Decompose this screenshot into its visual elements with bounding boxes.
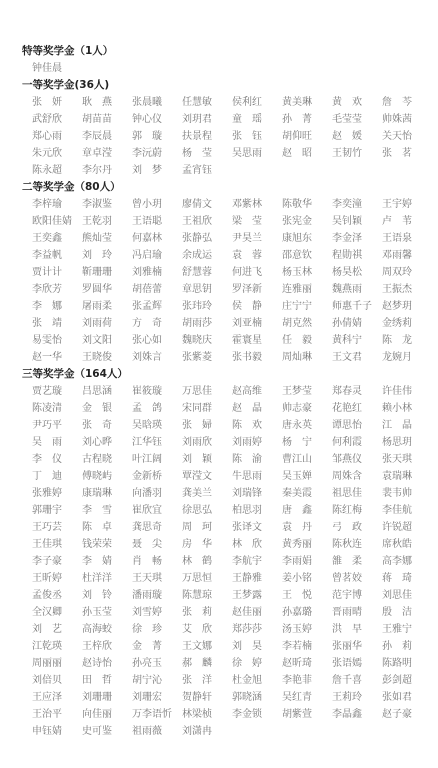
name-row: 刘倍贝田 哲胡宁沁张 洋杜金旭李艳菲詹千喜彭剑超 (0, 672, 438, 689)
name-entry: 张雅婷 (32, 485, 82, 502)
name-entry: 袁瑞琳 (382, 468, 432, 485)
name-entry: 王巧芸 (32, 519, 82, 536)
scholarship-list-document: 特等奖学金（1人）钟佳晨一等奖学金(36人)张 妍耿 燕张晨曦任慧敏侯利红黄美琳… (0, 43, 438, 740)
name-entry: 陈凌清 (32, 400, 82, 417)
name-entry: 杨玉林 (282, 264, 332, 281)
name-entry: 邓雨馨 (382, 247, 432, 264)
section-title: 一等奖学金(36人) (0, 77, 438, 94)
name-entry: 张 钰 (232, 128, 282, 145)
name-entry: 唐永英 (282, 417, 332, 434)
name-entry: 全汉卿 (32, 604, 82, 621)
name-entry: 郑莎莎 (232, 621, 282, 638)
name-entry: 廖倩文 (182, 196, 232, 213)
name-entry: 杨 莹 (182, 145, 232, 162)
name-entry: 吴玉婵 (282, 468, 332, 485)
name-entry: 王振杰 (382, 281, 432, 298)
name-entry: 王宇婷 (382, 196, 432, 213)
name-entry: 周姝含 (332, 468, 382, 485)
name-entry: 屠雨柔 (82, 298, 132, 315)
name-entry: 陈永超 (32, 162, 82, 179)
name-entry: 吴钊颖 (332, 213, 382, 230)
name-entry: 房 华 (182, 536, 232, 553)
name-entry: 章思钥 (182, 281, 232, 298)
name-entry: 刘姝言 (132, 349, 182, 366)
name-entry: 李子豪 (32, 553, 82, 570)
name-entry: 袁 蓉 (232, 247, 282, 264)
name-entry: 邹燕仪 (332, 451, 382, 468)
name-row: 贾艺璇吕思涵崔筱璇万思佳赵高维王梦莹郑春灵许佳伟 (0, 383, 438, 400)
name-entry: 李尔丹 (82, 162, 132, 179)
name-entry: 张译文 (232, 519, 282, 536)
name-entry: 秦美霞 (282, 485, 332, 502)
name-entry: 金新桥 (132, 468, 182, 485)
name-entry: 孟 鸽 (132, 400, 182, 417)
name-entry: 余成运 (182, 247, 232, 264)
name-entry: 杨思玥 (382, 434, 432, 451)
name-entry: 高李娜 (382, 553, 432, 570)
name-entry: 舒慧蓉 (182, 264, 232, 281)
name-entry: 王应泽 (32, 689, 82, 706)
name-entry: 陈 欢 (232, 417, 282, 434)
name-entry: 曾茗姣 (332, 570, 382, 587)
name-entry: 晋雨晴 (332, 604, 382, 621)
name-entry: 张 洋 (182, 672, 232, 689)
name-entry: 孙亮玉 (132, 655, 182, 672)
name-entry: 何利霞 (332, 434, 382, 451)
name-entry: 赵梦玥 (382, 298, 432, 315)
name-row: 李 娜屠雨柔张孟辉张玮玲侯 静庄宁宁师惠千子赵梦玥 (0, 298, 438, 315)
name-entry: 王语泉 (382, 230, 432, 247)
name-entry: 黄 欢 (332, 94, 382, 111)
name-entry: 向潘羽 (132, 485, 182, 502)
name-entry: 胡苗苗 (82, 111, 132, 128)
name-row: 江乾瑛王梓欣金 菁王文娜刘 昊李若楠张丽华孙 莉 (0, 638, 438, 655)
name-entry: 柏思羽 (232, 502, 282, 519)
name-entry: 姜小铭 (282, 570, 332, 587)
name-entry: 张玮玲 (182, 298, 232, 315)
name-row: 尹巧平张 奇吴晗瑛张 婦陈 欢唐永英谭思怡江 晶 (0, 417, 438, 434)
name-entry: 王文君 (332, 349, 382, 366)
name-entry: 肖 畅 (132, 553, 182, 570)
name-entry: 赵一华 (32, 349, 82, 366)
name-entry: 章卓滢 (82, 145, 132, 162)
name-entry: 刘珊宏 (132, 689, 182, 706)
name-entry: 许佳伟 (382, 383, 432, 400)
name-entry: 田 哲 (82, 672, 132, 689)
name-entry: 张语嫣 (332, 655, 382, 672)
name-row: 申钰婧史可鉴祖雨薇刘潇冉 (0, 723, 438, 740)
name-entry: 钱荣荣 (82, 536, 132, 553)
name-row: 朱元欣章卓滢李沅蔚杨 莹吴思雨赵 昭王韧竹张 茗 (0, 145, 438, 162)
name-entry: 任慧敏 (182, 94, 232, 111)
name-entry: 胡克然 (282, 315, 332, 332)
section-title: 特等奖学金（1人） (0, 43, 438, 60)
name-entry: 胡宁沁 (132, 672, 182, 689)
name-entry: 吴晗瑛 (132, 417, 182, 434)
name-entry: 张 婦 (182, 417, 232, 434)
name-entry: 张心如 (132, 332, 182, 349)
name-entry: 彭剑超 (382, 672, 432, 689)
name-entry: 徐 婷 (232, 655, 282, 672)
name-entry: 胡紫萱 (282, 706, 332, 723)
name-entry: 陈秋连 (332, 536, 382, 553)
name-entry: 扶景程 (182, 128, 232, 145)
name-entry: 张 靖 (32, 315, 82, 332)
name-entry: 牛思雨 (232, 468, 282, 485)
name-entry: 刘瑞锋 (232, 485, 282, 502)
name-entry: 张晨曦 (132, 94, 182, 111)
name-entry: 李 仪 (32, 451, 82, 468)
name-entry: 何进飞 (232, 264, 282, 281)
name-entry: 王晓俊 (82, 349, 132, 366)
name-entry: 王 悦 (282, 587, 332, 604)
name-entry: 童 瑶 (232, 111, 282, 128)
name-entry: 万思佳 (182, 383, 232, 400)
name-entry: 聂 尖 (132, 536, 182, 553)
name-entry: 李雨娟 (282, 553, 332, 570)
name-entry: 覃滢文 (182, 468, 232, 485)
name-entry: 李若楠 (282, 638, 332, 655)
name-entry: 洪 早 (332, 621, 382, 638)
name-entry: 黄秀丽 (282, 536, 332, 553)
name-entry: 刘亚楠 (232, 315, 282, 332)
name-entry: 陈 龙 (382, 332, 432, 349)
name-row: 王应泽刘珊珊刘珊宏贺静轩郭晓涵吴红青王莉玲张如君 (0, 689, 438, 706)
name-entry: 陈 卓 (82, 519, 132, 536)
name-entry: 李艳菲 (282, 672, 332, 689)
name-entry: 周 珂 (182, 519, 232, 536)
name-entry: 王语聪 (132, 213, 182, 230)
name-row: 郭珊宇李 雪崔欣宜徐思弘柏思羽唐 鑫陈红梅李佳航 (0, 502, 438, 519)
name-entry: 雒 柔 (332, 553, 382, 570)
name-entry: 程勋祺 (332, 247, 382, 264)
name-entry: 孙嘉璐 (282, 604, 332, 621)
name-entry: 黄美琳 (282, 94, 332, 111)
name-entry: 詹 芩 (382, 94, 432, 111)
name-entry: 李 婧 (82, 553, 132, 570)
name-entry: 任 毅 (282, 332, 332, 349)
section-title: 三等奖学金（164人） (0, 366, 438, 383)
name-entry: 郑春灵 (332, 383, 382, 400)
name-entry: 侯利红 (232, 94, 282, 111)
section-title: 二等奖学金（80人） (0, 179, 438, 196)
name-entry: 刘珊珊 (82, 689, 132, 706)
name-entry: 张 茗 (382, 145, 432, 162)
name-entry: 师惠千子 (332, 298, 382, 315)
name-entry: 张紫菱 (182, 349, 232, 366)
name-entry: 江乾瑛 (32, 638, 82, 655)
name-entry: 刘 梦 (132, 162, 182, 179)
name-entry: 李奕潼 (332, 196, 382, 213)
name-row: 武舒欣胡苗苗钟心仪刘玥君童 瑶孙 菁毛莹莹帅姝茜 (0, 111, 438, 128)
name-entry: 郝 麟 (182, 655, 232, 672)
name-entry: 孙 莉 (382, 638, 432, 655)
name-entry: 杨昊松 (332, 264, 382, 281)
name-entry: 刘潇冉 (182, 723, 232, 740)
name-entry: 张天琪 (382, 451, 432, 468)
name-entry: 赵高维 (232, 383, 282, 400)
name-row: 张 妍耿 燕张晨曦任慧敏侯利红黄美琳黄 欢詹 芩 (0, 94, 438, 111)
name-entry: 刘倍贝 (32, 672, 82, 689)
name-entry: 耿 燕 (82, 94, 132, 111)
name-entry: 陈 渝 (232, 451, 282, 468)
name-entry: 曹江山 (282, 451, 332, 468)
name-entry: 侯 静 (232, 298, 282, 315)
name-entry: 艾 欣 (182, 621, 232, 638)
name-row: 张 靖刘雨荷方 奇胡雨莎刘亚楠胡克然孙倩婧金绣莉 (0, 315, 438, 332)
name-entry: 庄宁宁 (282, 298, 332, 315)
name-entry: 刘雨欣 (182, 434, 232, 451)
name-entry: 汤玉婷 (282, 621, 332, 638)
name-entry: 许锐超 (382, 519, 432, 536)
name-entry: 刘 昊 (232, 638, 282, 655)
name-entry: 范宇博 (332, 587, 382, 604)
name-entry: 王天琪 (132, 570, 182, 587)
name-entry: 刘 铃 (82, 587, 132, 604)
name-entry: 古程晓 (82, 451, 132, 468)
name-entry: 龚美兰 (182, 485, 232, 502)
name-entry: 王梦露 (232, 587, 282, 604)
name-entry: 赵佳丽 (232, 604, 282, 621)
name-entry: 李益帆 (32, 247, 82, 264)
name-entry: 邵意钦 (282, 247, 332, 264)
name-entry: 欧阳佳婧 (32, 213, 82, 230)
name-entry: 刘雨荷 (82, 315, 132, 332)
name-entry: 吴红青 (282, 689, 332, 706)
name-entry: 何嘉林 (132, 230, 182, 247)
name-entry: 贾计计 (32, 264, 82, 281)
name-row: 欧阳佳婧王乾羽王语聪王祖欣梁 莹张宪金吴钊颖卢 苇 (0, 213, 438, 230)
name-row: 刘 艺高海蛟徐 珍艾 欣郑莎莎汤玉婷洪 早王雅宁 (0, 621, 438, 638)
name-entry: 王梓欣 (82, 638, 132, 655)
name-entry: 祖雨薇 (132, 723, 182, 740)
name-entry: 李航宇 (232, 553, 282, 570)
name-entry: 宋同群 (182, 400, 232, 417)
name-entry: 万李语忻 (132, 706, 182, 723)
name-row: 王治平向佳丽万李语忻林梁桢李金锁胡紫萱李晶鑫赵子豪 (0, 706, 438, 723)
name-entry: 万思恒 (182, 570, 232, 587)
name-entry: 尹巧平 (32, 417, 82, 434)
name-entry: 罗圆华 (82, 281, 132, 298)
name-row: 李 仪古程晓叶江阔刘 颖陈 渝曹江山邹燕仪张天琪 (0, 451, 438, 468)
name-entry: 冯启瑜 (132, 247, 182, 264)
name-entry: 金 银 (82, 400, 132, 417)
name-entry: 席秋皓 (382, 536, 432, 553)
name-entry: 傅晓屿 (82, 468, 132, 485)
name-entry: 靳珊珊 (82, 264, 132, 281)
name-entry: 赵 媛 (332, 128, 382, 145)
name-row: 郑心雨李辰晨郭 璇扶景程张 钰胡仰旺赵 媛关天怡 (0, 128, 438, 145)
name-entry: 李辰晨 (82, 128, 132, 145)
name-entry: 李淑鉴 (82, 196, 132, 213)
name-entry: 祖思佳 (332, 485, 382, 502)
name-entry: 王佳琪 (32, 536, 82, 553)
name-entry: 孙玉莹 (82, 604, 132, 621)
name-entry: 郭 璇 (132, 128, 182, 145)
name-row: 全汉卿孙玉莹刘雪婷张 莉赵佳丽孙嘉璐晋雨晴殷 洁 (0, 604, 438, 621)
name-entry: 王梦莹 (282, 383, 332, 400)
name-entry: 丁 迪 (32, 468, 82, 485)
name-entry: 张 莉 (182, 604, 232, 621)
name-row: 吴 雨刘心晔江华钰刘雨欣刘雨婷杨 宁何利霞杨思玥 (0, 434, 438, 451)
name-entry: 朱元欣 (32, 145, 82, 162)
name-row: 王巧芸陈 卓龚思奇周 珂张译文袁 丹弓 政许锐超 (0, 519, 438, 536)
name-entry: 魏燕雨 (332, 281, 382, 298)
name-entry: 刘文阳 (82, 332, 132, 349)
name-entry: 王祖欣 (182, 213, 232, 230)
name-entry: 王雅宁 (382, 621, 432, 638)
name-entry: 李金泽 (332, 230, 382, 247)
name-entry: 郑心雨 (32, 128, 82, 145)
name-entry: 罗泽新 (232, 281, 282, 298)
name-entry: 花艳红 (332, 400, 382, 417)
name-entry: 徐 珍 (132, 621, 182, 638)
name-entry: 张丽华 (332, 638, 382, 655)
name-entry: 詹千喜 (332, 672, 382, 689)
name-entry: 唐 鑫 (282, 502, 332, 519)
name-entry: 李沅蔚 (132, 145, 182, 162)
name-entry: 杜洋洋 (82, 570, 132, 587)
name-row: 陈永超李尔丹刘 梦孟宵钰 (0, 162, 438, 179)
name-entry: 赵 晶 (232, 400, 282, 417)
name-entry: 刘 颖 (182, 451, 232, 468)
name-entry: 周丽丽 (32, 655, 82, 672)
name-entry: 刘 玲 (82, 247, 132, 264)
name-entry: 刘雨婷 (232, 434, 282, 451)
name-entry: 康瑞琳 (82, 485, 132, 502)
name-entry: 高海蛟 (82, 621, 132, 638)
name-entry: 王治平 (32, 706, 82, 723)
name-entry: 杜金旭 (232, 672, 282, 689)
name-entry: 金绣莉 (382, 315, 432, 332)
name-entry: 李佳航 (382, 502, 432, 519)
name-row: 贾计计靳珊珊刘雅楠舒慧蓉何进飞杨玉林杨昊松周双玲 (0, 264, 438, 281)
name-entry: 钟心仪 (132, 111, 182, 128)
name-entry: 吴思雨 (232, 145, 282, 162)
name-row: 丁 迪傅晓屿金新桥覃滢文牛思雨吴玉婵周姝含袁瑞琳 (0, 468, 438, 485)
name-row: 李益帆刘 玲冯启瑜余成运袁 蓉邵意钦程勋祺邓雨馨 (0, 247, 438, 264)
name-entry: 林 鹤 (182, 553, 232, 570)
name-entry: 周双玲 (382, 264, 432, 281)
name-entry: 陈路明 (382, 655, 432, 672)
name-entry: 王昕婷 (32, 570, 82, 587)
name-entry: 刘心晔 (82, 434, 132, 451)
name-entry: 陈敬华 (282, 196, 332, 213)
name-entry: 贺静轩 (182, 689, 232, 706)
name-entry: 崔筱璇 (132, 383, 182, 400)
name-entry: 康旭东 (282, 230, 332, 247)
name-entry: 江华钰 (132, 434, 182, 451)
name-entry: 张静弘 (182, 230, 232, 247)
name-entry: 连雅丽 (282, 281, 332, 298)
name-entry: 裴韦帅 (382, 485, 432, 502)
name-entry: 关天怡 (382, 128, 432, 145)
name-entry: 吴 雨 (32, 434, 82, 451)
name-entry: 熊灿莹 (82, 230, 132, 247)
name-entry: 孙倩婧 (332, 315, 382, 332)
name-entry: 易雯怡 (32, 332, 82, 349)
name-entry: 王静雅 (232, 570, 282, 587)
name-entry: 梁 莹 (232, 213, 282, 230)
name-entry: 林 欣 (232, 536, 282, 553)
name-row: 孟俊丞刘 铃潘雨璇陈慧琼王梦露王 悦范宇博刘思佳 (0, 587, 438, 604)
name-entry: 张孟辉 (132, 298, 182, 315)
name-entry: 江 晶 (382, 417, 432, 434)
name-entry: 李 娜 (32, 298, 82, 315)
name-entry: 卢 苇 (382, 213, 432, 230)
name-entry: 魏晓庆 (182, 332, 232, 349)
name-entry: 赵诗怡 (82, 655, 132, 672)
name-entry: 弓 政 (332, 519, 382, 536)
name-entry: 胡蓓蕾 (132, 281, 182, 298)
name-entry: 尹昊兰 (232, 230, 282, 247)
name-entry: 申钰婧 (32, 723, 82, 740)
name-entry: 赵子豪 (382, 706, 432, 723)
name-entry: 袁 丹 (282, 519, 332, 536)
name-row: 李子豪李 婧肖 畅林 鹤李航宇李雨娟雒 柔高李娜 (0, 553, 438, 570)
name-entry: 潘雨璇 (132, 587, 182, 604)
name-entry: 胡雨莎 (182, 315, 232, 332)
name-entry: 李金锁 (232, 706, 282, 723)
name-entry: 邓紫林 (232, 196, 282, 213)
name-entry: 胡仰旺 (282, 128, 332, 145)
name-entry: 郭珊宇 (32, 502, 82, 519)
name-entry: 吕思涵 (82, 383, 132, 400)
name-row: 张雅婷康瑞琳向潘羽龚美兰刘瑞锋秦美霞祖思佳裴韦帅 (0, 485, 438, 502)
name-entry: 刘雅楠 (132, 264, 182, 281)
name-entry: 刘 艺 (32, 621, 82, 638)
name-entry: 张如君 (382, 689, 432, 706)
name-row: 易雯怡刘文阳张心如魏晓庆霍寰星任 毅黄科宁陈 龙 (0, 332, 438, 349)
name-entry: 帅志豪 (282, 400, 332, 417)
name-entry: 王韧竹 (332, 145, 382, 162)
name-entry: 徐思弘 (182, 502, 232, 519)
name-row: 王佳琪钱荣荣聂 尖房 华林 欣黄秀丽陈秋连席秋皓 (0, 536, 438, 553)
name-entry: 王乾羽 (82, 213, 132, 230)
name-row: 赵一华王晓俊刘姝言张紫菱张书毅周灿琳王文君龙婉月 (0, 349, 438, 366)
name-entry: 龚思奇 (132, 519, 182, 536)
name-entry: 周灿琳 (282, 349, 332, 366)
name-entry: 李欣芳 (32, 281, 82, 298)
name-row: 王奕鑫熊灿莹何嘉林张静弘尹昊兰康旭东李金泽王语泉 (0, 230, 438, 247)
name-entry: 李 雪 (82, 502, 132, 519)
name-row: 王昕婷杜洋洋王天琪万思恒王静雅姜小铭曾茗姣蒋 琦 (0, 570, 438, 587)
name-entry: 蒋 琦 (382, 570, 432, 587)
name-entry: 崔欣宜 (132, 502, 182, 519)
name-entry: 李晶鑫 (332, 706, 382, 723)
name-entry: 曾小玥 (132, 196, 182, 213)
name-entry: 赵 昭 (282, 145, 332, 162)
name-entry: 陈红梅 (332, 502, 382, 519)
name-row: 周丽丽赵诗怡孙亮玉郝 麟徐 婷赵昕琦张语嫣陈路明 (0, 655, 438, 672)
name-entry: 张宪金 (282, 213, 332, 230)
name-entry: 龙婉月 (382, 349, 432, 366)
name-entry: 黄科宁 (332, 332, 382, 349)
name-entry: 孙 菁 (282, 111, 332, 128)
name-entry: 贾艺璇 (32, 383, 82, 400)
name-entry: 王奕鑫 (32, 230, 82, 247)
name-entry: 方 奇 (132, 315, 182, 332)
name-entry: 向佳丽 (82, 706, 132, 723)
name-entry: 刘雪婷 (132, 604, 182, 621)
name-entry: 郭晓涵 (232, 689, 282, 706)
name-entry: 毛莹莹 (332, 111, 382, 128)
name-entry: 王文娜 (182, 638, 232, 655)
name-entry: 孟宵钰 (182, 162, 232, 179)
name-entry: 谭思怡 (332, 417, 382, 434)
name-entry: 帅姝茜 (382, 111, 432, 128)
name-entry: 史可鉴 (82, 723, 132, 740)
